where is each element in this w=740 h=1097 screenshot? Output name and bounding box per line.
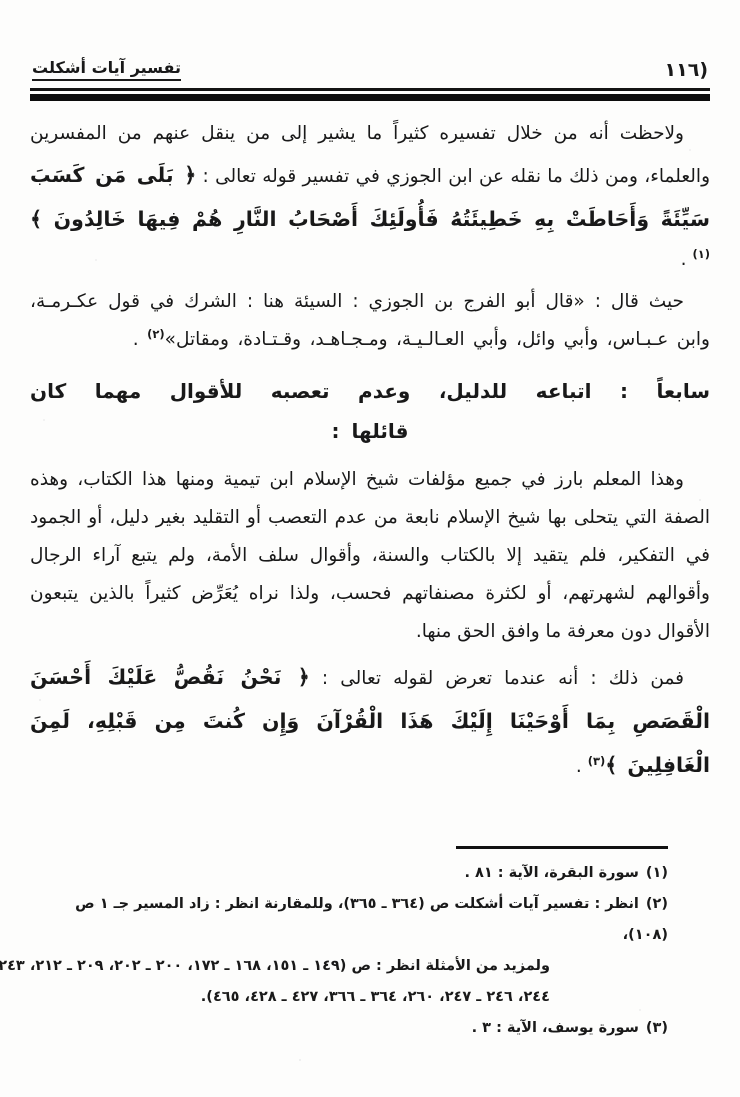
- header-rule-thick: [30, 94, 710, 101]
- footnote-2-text-line1: انظر : تفسير آيات أشكلت ص (٣٦٤ ـ ٣٦٥)، و…: [75, 896, 668, 943]
- page-number: ١١٦): [665, 59, 708, 81]
- page-header: ١١٦) تفسير آيات أشكلت: [30, 58, 710, 81]
- paragraph-quote-abualfaraj: حيث قال : «قال أبو الفرج بن الجوزي : الس…: [30, 283, 710, 359]
- page-content: ١١٦) تفسير آيات أشكلت ولاحظت أنه من خلال…: [0, 0, 740, 787]
- paragraph-following-evidence: وهذا المعلم بارز في جميع مؤلفات شيخ الإس…: [30, 461, 710, 651]
- footnote-2-marker: (٢): [646, 896, 668, 912]
- footnote-ref-2: (٢): [147, 327, 165, 341]
- section-heading-line1: سابعاً : اتباعه للدليل، وعدم تعصبه للأقو…: [30, 371, 710, 411]
- footnote-1-marker: (١): [646, 865, 668, 881]
- footnote-1-text: سورة البقرة، الآية : ٨١ .: [464, 865, 638, 881]
- book-page-scan: ١١٦) تفسير آيات أشكلت ولاحظت أنه من خلال…: [0, 0, 740, 1097]
- running-title: تفسير آيات أشكلت: [32, 58, 181, 81]
- paragraph-end: .: [133, 329, 147, 350]
- body-text: ولاحظت أنه من خلال تفسيره كثيراً ما يشير…: [30, 115, 710, 787]
- section-heading-line2: قائلها :: [30, 411, 710, 451]
- footnote-3: (٣)سورة يوسف، الآية : ٣ .: [30, 1013, 668, 1044]
- paragraph-end: .: [681, 249, 693, 270]
- footnote-ref-1: (١): [692, 247, 710, 261]
- footnotes-section: (١)سورة البقرة، الآية : ٨١ . (٢)انظر : ت…: [30, 846, 710, 1044]
- footnote-1: (١)سورة البقرة، الآية : ٨١ .: [30, 858, 668, 889]
- footnote-3-text: سورة يوسف، الآية : ٣ .: [472, 1020, 639, 1036]
- footnote-2-line2: ولمزيد من الأمثلة انظر : ص (١٤٩ ـ ١٥١، ١…: [30, 951, 550, 982]
- footnote-separator-rule: [456, 846, 668, 849]
- paragraph-text: فمن ذلك : أنه عندما تعرض لقوله تعالى :: [310, 668, 684, 689]
- footnote-ref-3: (٣): [588, 754, 606, 768]
- header-rule-thin: [30, 88, 710, 91]
- footnote-2-line3: ٢٤٤، ٢٤٦ ـ ٢٤٧، ٢٦٠، ٣٦٤ ـ ٣٦٦، ٤٢٧ ـ ٤٢…: [30, 982, 550, 1013]
- header-rule: [30, 88, 710, 101]
- section-heading-seventh: سابعاً : اتباعه للدليل، وعدم تعصبه للأقو…: [30, 371, 710, 451]
- paragraph-end: .: [576, 756, 588, 777]
- paragraph-example-yusuf: فمن ذلك : أنه عندما تعرض لقوله تعالى : ﴿…: [30, 655, 710, 787]
- paragraph-intro-ibn-aljawzi: ولاحظت أنه من خلال تفسيره كثيراً ما يشير…: [30, 115, 710, 279]
- footnote-3-marker: (٣): [646, 1020, 668, 1036]
- footnote-2-line1: (٢)انظر : تفسير آيات أشكلت ص (٣٦٤ ـ ٣٦٥)…: [30, 889, 668, 951]
